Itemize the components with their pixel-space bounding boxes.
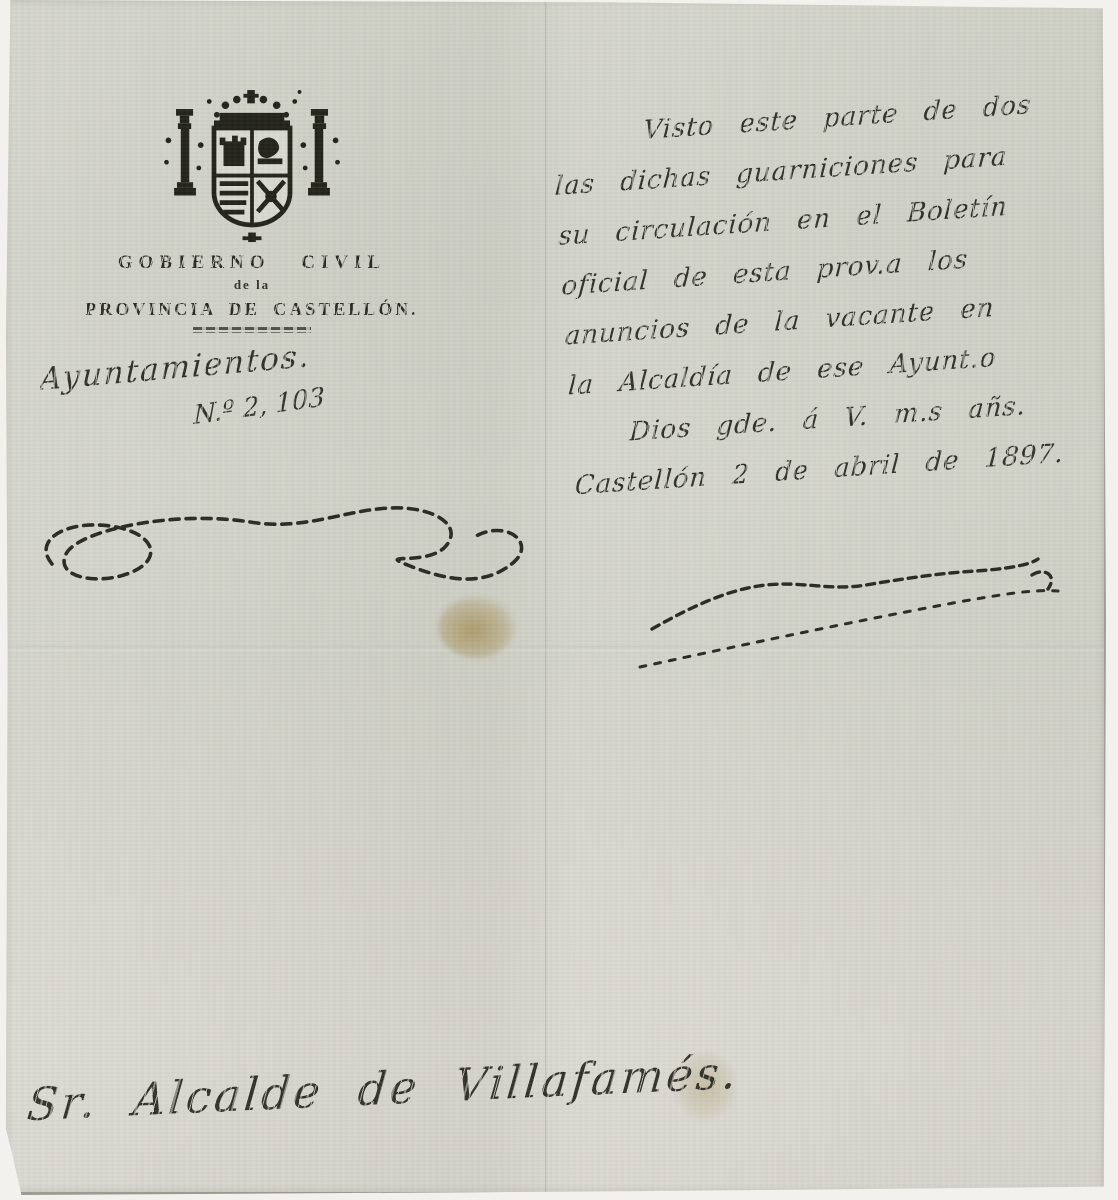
reference-block: Ayuntamientos. N.º 2, 103 [38, 328, 433, 438]
rubric-flourish-icon [14, 492, 539, 640]
letterhead: GOBIERNO CIVIL de la PROVINCIA DE CASTEL… [72, 88, 432, 333]
governor-signature-icon [634, 545, 1104, 673]
addressee-line: Sr. Alcalde de Villafamés. [25, 1038, 909, 1131]
letterhead-org-name: GOBIERNO CIVIL [72, 252, 432, 274]
letterhead-underline [193, 327, 311, 333]
scan-background: GOBIERNO CIVIL de la PROVINCIA DE CASTEL… [0, 0, 1118, 1200]
coat-of-arms-icon [157, 88, 347, 246]
vertical-fold-crease [545, 0, 549, 1192]
letter-paper: GOBIERNO CIVIL de la PROVINCIA DE CASTEL… [6, 0, 1106, 1195]
body-text: Visto este parte de dos las dichas guarn… [550, 74, 1118, 511]
letterhead-de-la: de la [72, 277, 432, 293]
letterhead-province: PROVINCIA DE CASTELLÓN. [72, 299, 432, 320]
